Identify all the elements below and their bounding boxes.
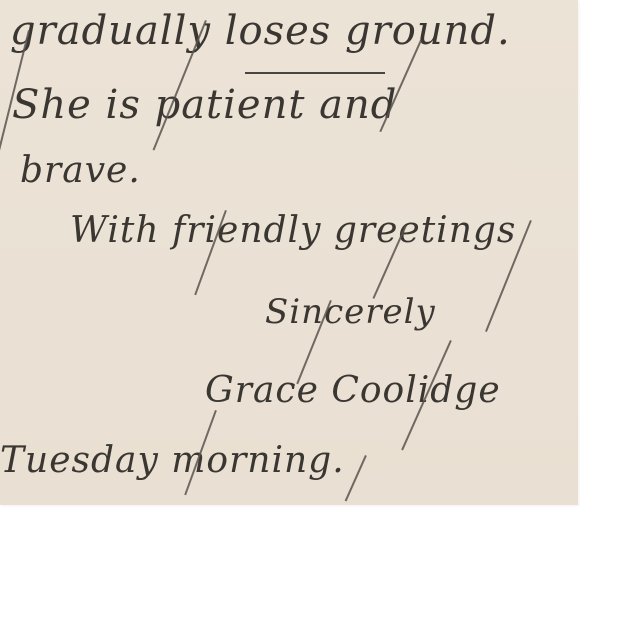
letter-line-1: gradually loses ground. [10,8,511,54]
descender-stroke [345,455,367,501]
greeting-line: With friendly greetings [70,210,516,251]
closing-line: Sincerely [265,292,436,332]
letter-line-3: brave. [20,150,141,191]
signature: Grace Coolidge [205,370,501,411]
letter-paper: gradually loses ground. She is patient a… [0,0,578,505]
t-cross-stroke [245,72,385,74]
letter-line-2: She is patient and [12,82,397,128]
dateline: Tuesday morning. [0,440,345,481]
